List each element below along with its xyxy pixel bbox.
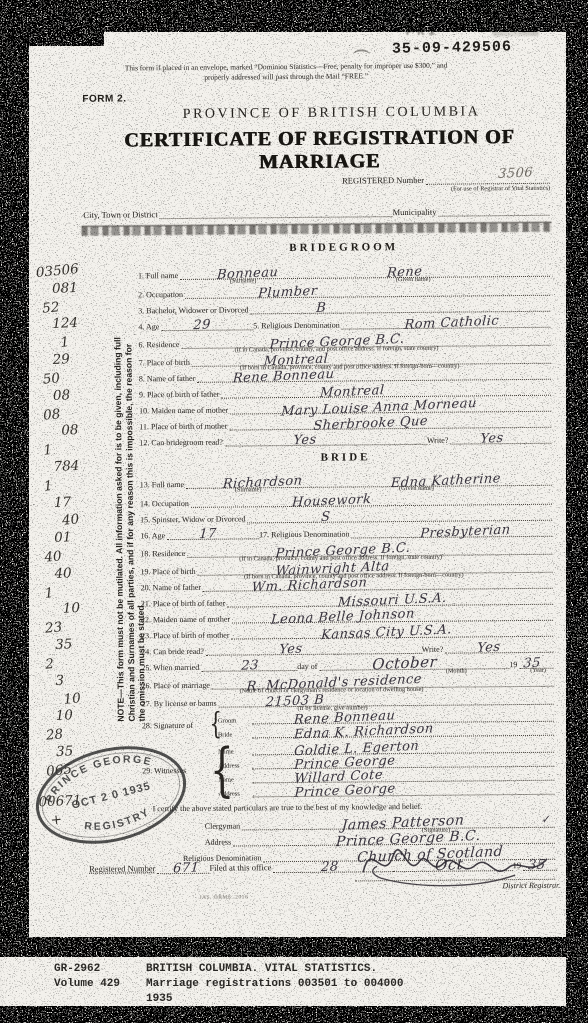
- brace-row: AddressPrince George: [218, 781, 554, 798]
- registrar-use-note: (For use of Registrar of Vital Statistic…: [337, 185, 550, 194]
- microfilm-number: 35-09-429506: [392, 38, 512, 57]
- handwritten-day: 28: [321, 859, 339, 875]
- dotted-line: 3506: [426, 169, 550, 185]
- printer-code: JAS. ORMS. 2016: [199, 894, 248, 900]
- handwritten-number-671: 671: [173, 860, 200, 876]
- municipality-label: Municipality: [393, 207, 439, 217]
- archive-caption: GR-2962 Volume 429 BRITISH COLUMBIA. VIT…: [54, 962, 403, 1007]
- bride-fields: 13. Full nameRichardsonEdna Katherine(Su…: [140, 466, 554, 709]
- field-label: 1. Full name: [138, 271, 180, 280]
- field-label: Write?: [427, 436, 451, 445]
- filed-label: Filed at this office: [209, 862, 273, 874]
- registered-number-label: REGISTERED Number: [342, 175, 426, 186]
- bridegroom-fields: 1. Full nameBonneauRene(Surname)(Given n…: [138, 257, 552, 448]
- archive-caption-right: BRITISH COLUMBIA. VITAL STATISTICS. Marr…: [146, 962, 403, 1007]
- city-district-row: City, Town or District Municipality: [83, 203, 549, 220]
- brace-rows: NameGoldie L. EgertonAddressPrince Georg…: [218, 739, 554, 798]
- field-label: 7. Place of birth: [139, 358, 192, 367]
- faint-smear: [493, 26, 539, 36]
- handwritten-value: Yes: [480, 431, 504, 447]
- side-note-vertical: NOTE—This form must not be mutilated. Al…: [112, 329, 148, 721]
- dotted-line: RichardsonEdna Katherine(Surname)(Given …: [186, 465, 552, 489]
- field-label: 14. Occupation: [140, 499, 191, 508]
- province-heading: PROVINCE OF BRITISH COLUMBIA: [116, 104, 546, 124]
- dotted-line: Prince George: [252, 780, 554, 798]
- envelope-note: This form if placed in an envelope, mark…: [112, 61, 460, 85]
- field-label: 13. Full name: [140, 480, 186, 489]
- brace-glyph: {: [210, 713, 217, 737]
- caption-line3: 1935: [146, 992, 403, 1007]
- scanned-marriage-certificate: PRI 35-09-429506 This form if placed in …: [0, 0, 588, 1023]
- witnesses-block: 29. Witnesses{NameGoldie L. EgertonAddre…: [142, 739, 554, 799]
- pen-checkmark: ✓: [541, 813, 552, 826]
- dotted-line: 21503 B(If by license, give number): [218, 686, 553, 708]
- field-label: 28. Signature of: [142, 720, 208, 730]
- prince-george-registry-stamp: PRINCE GEORGE OCT 2 0 1935 REGISTRY: [30, 736, 192, 854]
- brace-block: 28. Signature of{GroomRene BonneauBrideE…: [142, 708, 554, 740]
- field-label: 18. Residence: [140, 549, 187, 558]
- form-field-12: 12. Can bridegroom read?YesWrite?Yes: [139, 428, 551, 448]
- volume-number: Volume 429: [54, 977, 120, 992]
- field-label: 6. Residence: [139, 340, 182, 349]
- dotted-line: Edna K. Richardson: [252, 721, 554, 739]
- caption-line1: BRITISH COLUMBIA. VITAL STATISTICS.: [146, 962, 403, 977]
- field-label: Address: [205, 838, 233, 847]
- handwritten-value: Yes: [293, 432, 317, 448]
- gr-number: GR-2962: [54, 962, 120, 977]
- dotted-line: 671: [157, 857, 209, 874]
- dotted-line: Yes: [450, 427, 551, 445]
- dotted-line: Yes: [225, 428, 427, 447]
- bride-and-lower-section: BRIDE 13. Full nameRichardsonEdna Kather…: [139, 450, 555, 864]
- form-field-1: 1. Full nameBonneauRene(Surname)(Given n…: [138, 257, 550, 281]
- stamp-date: OCT 2 0 1935: [70, 780, 152, 811]
- brace-rows: GroomRene BonneauBrideEdna K. Richardson: [218, 708, 554, 739]
- ink-bleed-smudge: [81, 222, 551, 236]
- field-label: 19. Place of birth: [140, 567, 197, 576]
- registered-number-row: REGISTERED Number 3506: [342, 170, 550, 186]
- district-registrar-block: District Registrar.: [355, 831, 560, 891]
- stamp-bottom-text: REGISTRY: [81, 804, 154, 839]
- brace-glyph: {: [210, 746, 217, 792]
- field-label: 2. Occupation: [138, 290, 185, 299]
- dotted-line: [160, 203, 393, 219]
- faint-stamp-text: PRI: [406, 25, 440, 39]
- signature-block: 28. Signature of{GroomRene BonneauBrideE…: [142, 708, 554, 740]
- district-registrar-label: District Registrar.: [502, 881, 560, 891]
- pen-mark: [353, 49, 370, 60]
- city-label: City, Town or District: [83, 209, 159, 220]
- brace-block: 29. Witnesses{NameGoldie L. EgertonAddre…: [142, 739, 554, 799]
- field-label: 12. Can bridegroom read?: [139, 438, 225, 448]
- brace-row: BrideEdna K. Richardson: [218, 722, 554, 739]
- form-number: FORM 2.: [82, 93, 126, 104]
- dotted-line: 35(Year): [519, 652, 553, 669]
- handwritten-value: Prince George: [294, 781, 396, 800]
- caption-line2: Marriage registrations 003501 to 004000: [146, 977, 403, 992]
- form-field-13: 13. Full nameRichardsonEdna Katherine(Su…: [140, 466, 552, 490]
- dotted-line: [438, 202, 549, 217]
- field-label: 27. By license or banns: [142, 699, 219, 709]
- archive-caption-left: GR-2962 Volume 429: [54, 962, 120, 1007]
- form-field-27: 27. By license or banns21503 B(If by lic…: [142, 687, 554, 709]
- registered-number-bottom-label: Registered Number: [89, 863, 157, 875]
- document-body: PRI 35-09-429506 This form if placed in …: [0, 0, 588, 1023]
- handwritten-registered-number: 3506: [497, 165, 533, 182]
- dotted-line: BonneauRene(Surname)(Given name): [180, 256, 550, 280]
